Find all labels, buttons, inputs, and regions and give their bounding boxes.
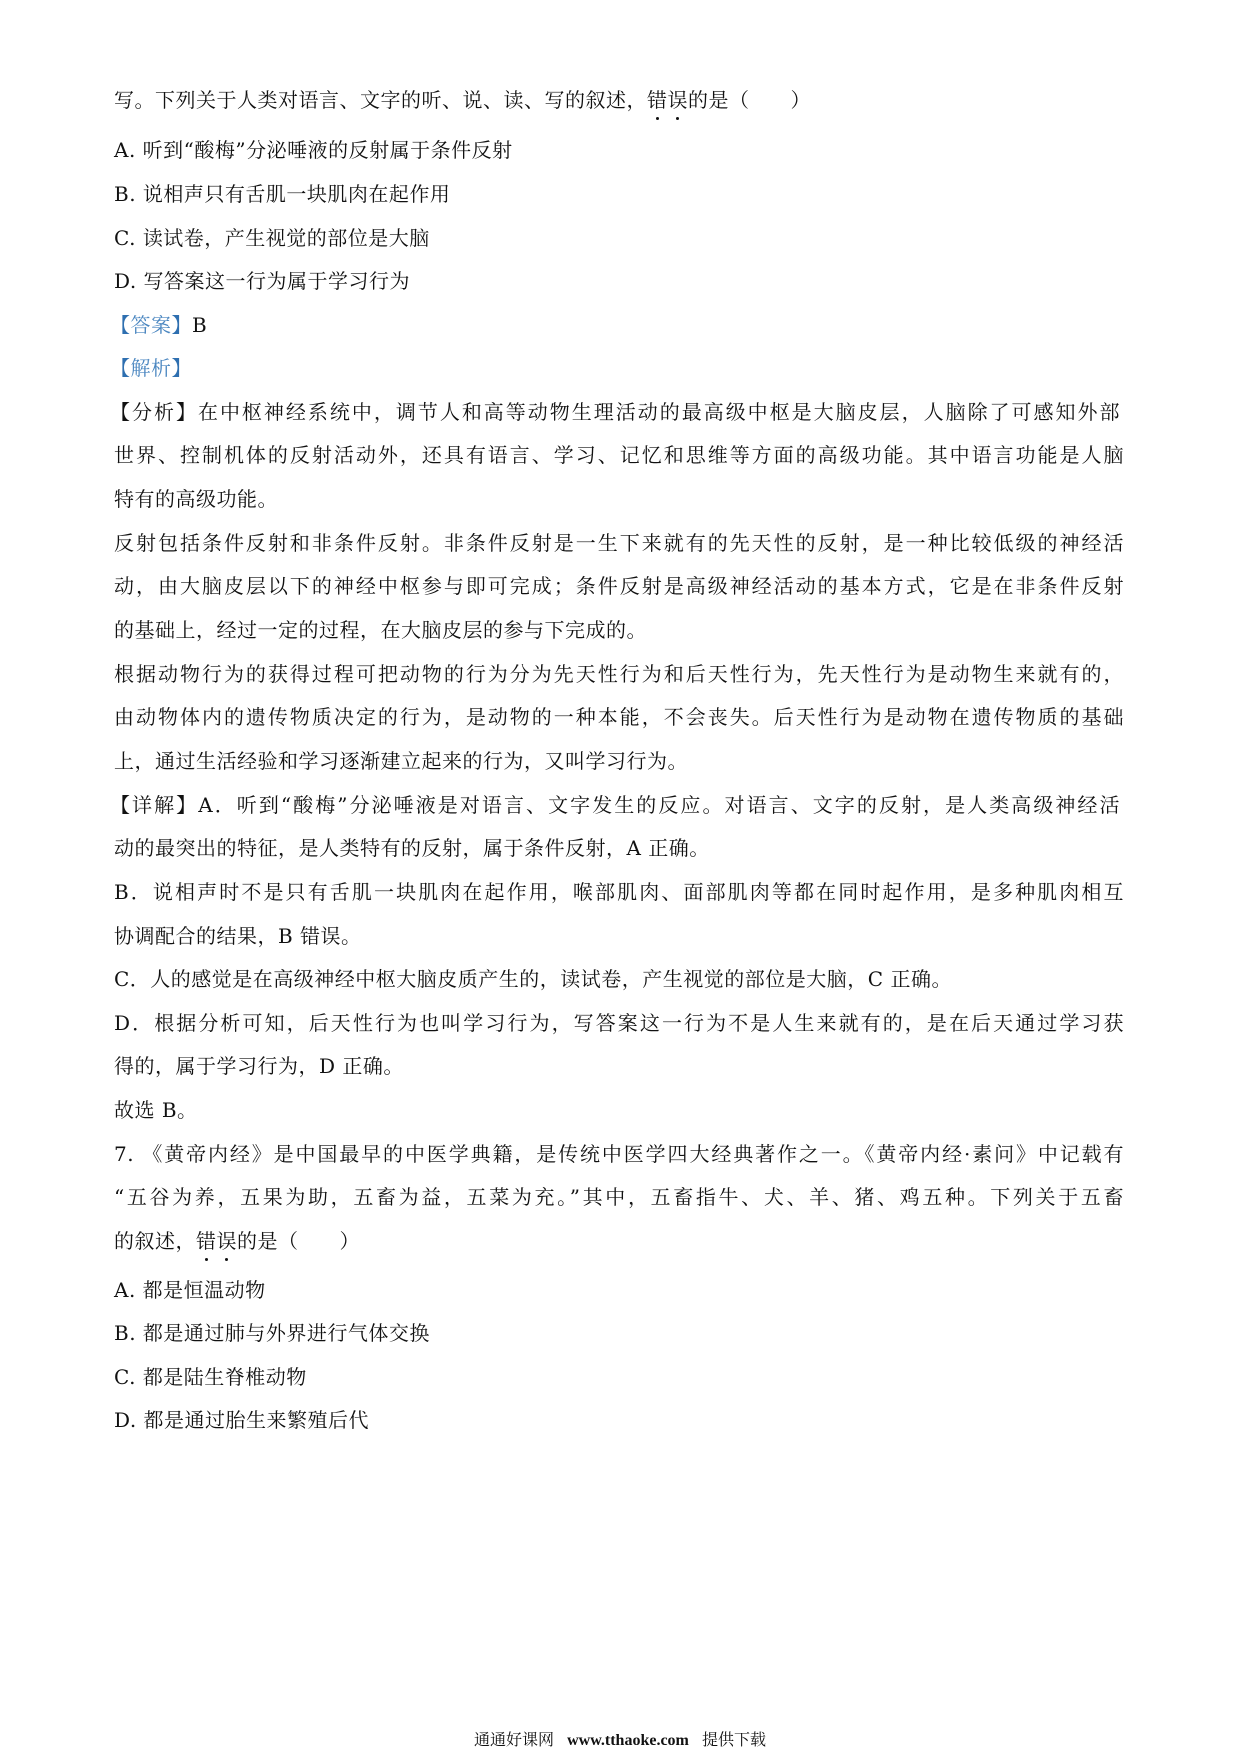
detail-line: B．说相声时不是只有舌肌一块肌肉在起作用，喉部肌肉、面部肌肉等都在同时起作用，是… [114,878,1124,906]
document-page: 写。下列关于人类对语言、文字的听、说、读、写的叙述，错误的是（ ） A. 听到“… [0,0,1240,1754]
q6-option-c: C. 读试卷，产生视觉的部位是大脑 [114,224,430,252]
analysis-line: 【分析】在中枢神经系统中，调节人和高等动物生理活动的最高级中枢是大脑皮层，人脑除… [110,398,1120,426]
option-letter: D. [114,269,137,293]
q7-stem-last: 的叙述，错误的是（ ） [114,1227,360,1255]
detail-line: 得的，属于学习行为，D 正确。 [114,1052,404,1080]
analysis-heading: 【解析】 [110,354,192,382]
analysis-line: 根据动物行为的获得过程可把动物的行为分为先天性行为和后天性行为，先天性行为是动物… [114,660,1124,688]
q7-option-a: A. 都是恒温动物 [114,1276,266,1304]
q6-stem: 写。下列关于人类对语言、文字的听、说、读、写的叙述，错误的是（ ） [114,86,811,114]
conclusion-line: 故选 B。 [114,1096,198,1124]
option-text: 都是恒温动物 [143,1278,266,1302]
analysis-line: 上，通过生活经验和学习逐渐建立起来的行为，又叫学习行为。 [114,747,688,775]
analysis-label: 【解析】 [110,356,192,380]
q7-stem-line: 7. 《黄帝内经》是中国最早的中医学典籍，是传统中医学四大经典著作之一。《黄帝内… [114,1140,1124,1168]
q6-emph-char: 误 [668,86,689,114]
option-letter: A. [114,1278,136,1302]
analysis-line: 特有的高级功能。 [114,485,278,513]
analysis-line: 反射包括条件反射和非条件反射。非条件反射是一生下来就有的先天性的反射，是一种比较… [114,529,1124,557]
analysis-line: 动，由大脑皮层以下的神经中枢参与即可完成；条件反射是高级神经活动的基本方式，它是… [114,572,1124,600]
answer-label: 【答案】 [110,313,192,337]
q7-emph-char: 错 [196,1227,217,1255]
footer-suffix: 提供下载 [702,1730,766,1749]
option-text: 都是通过肺与外界进行气体交换 [143,1321,430,1345]
analysis-line: 世界、控制机体的反射活动外，还具有语言、学习、记忆和思维等方面的高级功能。其中语… [114,441,1124,469]
analysis-line: 的基础上，经过一定的过程，在大脑皮层的参与下完成的。 [114,616,647,644]
q6-emph-char: 错 [647,86,668,114]
detail-line: 【详解】A．听到“酸梅”分泌唾液是对语言、文字发生的反应。对语言、文字的反射，是… [110,791,1120,819]
footer-site-name: 通通好课网 [474,1730,554,1749]
q6-stem-text: 写。下列关于人类对语言、文字的听、说、读、写的叙述， [114,88,647,112]
page-footer: 通通好课网 www.tthaoke.com 提供下载 [0,1730,1240,1751]
q7-option-c: C. 都是陆生脊椎动物 [114,1363,307,1391]
option-letter: C. [114,226,136,250]
q7-stem-end: 的是（ ） [237,1229,360,1253]
option-letter: A. [114,138,136,162]
option-text: 读试卷，产生视觉的部位是大脑 [143,226,430,250]
option-text: 写答案这一行为属于学习行为 [144,269,411,293]
q6-option-a: A. 听到“酸梅”分泌唾液的反射属于条件反射 [114,136,513,164]
detail-line: C．人的感觉是在高级神经中枢大脑皮质产生的，读试卷，产生视觉的部位是大脑，C 正… [114,965,952,993]
option-letter: B. [114,1321,136,1345]
detail-line: 协调配合的结果，B 错误。 [114,922,362,950]
detail-line: D．根据分析可知，后天性行为也叫学习行为，写答案这一行为不是人生来就有的，是在后… [114,1009,1124,1037]
option-text: 听到“酸梅”分泌唾液的反射属于条件反射 [143,138,513,162]
q7-option-b: B. 都是通过肺与外界进行气体交换 [114,1319,430,1347]
analysis-line: 由动物体内的遗传物质决定的行为，是动物的一种本能，不会丧失。后天性行为是动物在遗… [114,703,1124,731]
q6-option-d: D. 写答案这一行为属于学习行为 [114,267,410,295]
q6-option-b: B. 说相声只有舌肌一块肌肉在起作用 [114,180,450,208]
footer-url-link[interactable]: www.tthaoke.com [567,1732,689,1749]
option-letter: B. [114,182,136,206]
option-text: 都是通过胎生来繁殖后代 [144,1408,370,1432]
q6-stem-end: 的是（ ） [688,88,811,112]
q7-stem-text: 的叙述， [114,1229,196,1253]
q7-emph-char: 误 [217,1227,238,1255]
option-letter: C. [114,1365,136,1389]
option-text: 都是陆生脊椎动物 [143,1365,307,1389]
option-letter: D. [114,1408,137,1432]
answer-value: B [192,313,207,337]
option-text: 说相声只有舌肌一块肌肉在起作用 [143,182,451,206]
detail-line: 动的最突出的特征，是人类特有的反射，属于条件反射，A 正确。 [114,834,710,862]
q7-option-d: D. 都是通过胎生来繁殖后代 [114,1406,369,1434]
answer-line: 【答案】B [110,311,207,339]
q7-stem-line: “五谷为养，五果为助，五畜为益，五菜为充。”其中，五畜指牛、犬、羊、猪、鸡五种。… [114,1183,1124,1211]
